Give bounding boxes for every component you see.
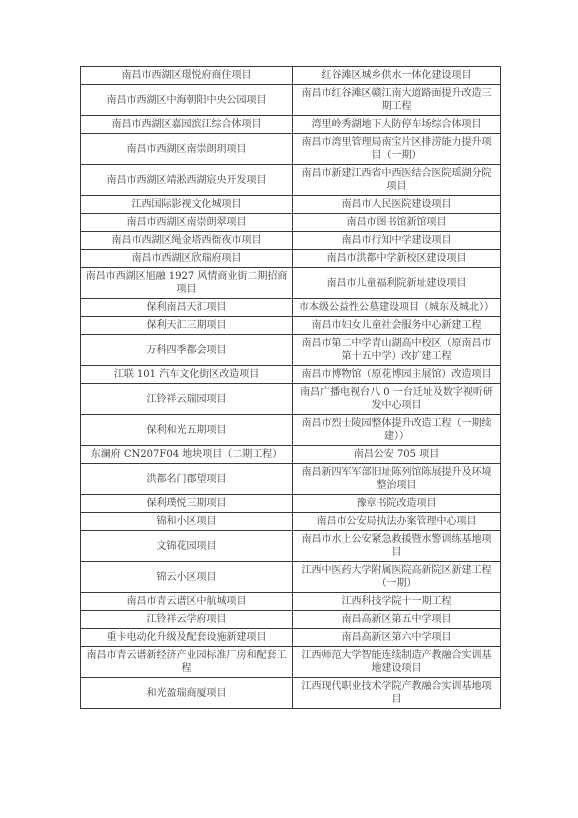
table-row: 南昌市西湖区中海朝阳中央公园项目 南昌市红谷滩区赣江南大道路面提升改造三期工程 <box>81 85 501 116</box>
table-row: 洪都名门郡望项目 南昌新四军军部旧址陈列馆陈展提升及环境整治项目 <box>81 464 501 495</box>
related-project-cell: 南昌高新区第五中学项目 <box>293 611 501 629</box>
related-project-cell: 南昌市行知中学建设项目 <box>293 232 501 250</box>
table-row: 南昌市西湖区南崇朗翠项目 南昌市图书馆新馆项目 <box>81 214 501 232</box>
table-row: 南昌市西湖区南崇朗玥项目 南昌市湾里管理局南宝片区排涝能力提升项目（一期） <box>81 134 501 165</box>
table-row: 南昌市西湖区嘉园滨江综合体项目 湾里岭秀湖地下人防停车场综合体项目 <box>81 116 501 134</box>
table-row: 南昌市青云谱区中航城项目 江西科技学院十一期工程 <box>81 593 501 611</box>
table-row: 南昌市西湖区欣瑞府项目 南昌市洪都中学新校区建设项目 <box>81 250 501 268</box>
related-project-cell: 江西中医药大学附属医院高新院区新建工程（一期） <box>293 562 501 593</box>
related-project-cell: 南昌高新区第六中学项目 <box>293 629 501 647</box>
table-row: 重卡电动化升级及配套设施新建项目 南昌高新区第六中学项目 <box>81 629 501 647</box>
table-row: 南昌市青云谱新经济产业园标准厂房和配套工程 江西师范大学智能连续制造产教融合实训… <box>81 647 501 678</box>
table-row: 锦云小区项目 江西中医药大学附属医院高新院区新建工程（一期） <box>81 562 501 593</box>
project-name-cell: 南昌市西湖区嘉园滨江综合体项目 <box>81 116 293 134</box>
related-project-cell: 南昌公安 705 项目 <box>293 446 501 464</box>
related-project-cell: 江西师范大学智能连续制造产教融合实训基地建设项目 <box>293 647 501 678</box>
project-name-cell: 保利天汇三期项目 <box>81 317 293 335</box>
related-project-cell: 南昌市公安局执法办案管理中心项目 <box>293 513 501 531</box>
related-project-cell: 南昌市儿童福利院新址建设项目 <box>293 268 501 299</box>
project-name-cell: 南昌市西湖区旭融 1927 风情商业街二期招商项目 <box>81 268 293 299</box>
related-project-cell: 南昌市湾里管理局南宝片区排涝能力提升项目（一期） <box>293 134 501 165</box>
table-row: 和光盈瑞商厦项目 江西现代职业技术学院产教融合实训基地项目 <box>81 678 501 709</box>
related-project-cell: 南昌市人民医院建设项目 <box>293 196 501 214</box>
table-row: 南昌市西湖区靖淞西湖宸央开发项目 南昌市新建江西省中西医结合医院瑶湖分院项目 <box>81 165 501 196</box>
document-page: 南昌市西湖区璟悦府商住项目 红谷滩区城乡供水一体化建设项目 南昌市西湖区中海朝阳… <box>0 0 578 818</box>
project-name-cell: 南昌市青云谱新经济产业园标准厂房和配套工程 <box>81 647 293 678</box>
related-project-cell: 南昌广播电视台八 0 一台迁址及数字视听研发中心项目 <box>293 384 501 415</box>
related-project-cell: 江西科技学院十一期工程 <box>293 593 501 611</box>
project-name-cell: 重卡电动化升级及配套设施新建项目 <box>81 629 293 647</box>
related-project-cell: 湾里岭秀湖地下人防停车场综合体项目 <box>293 116 501 134</box>
table-row: 南昌市西湖区璟悦府商住项目 红谷滩区城乡供水一体化建设项目 <box>81 67 501 85</box>
project-name-cell: 南昌市西湖区南崇朗翠项目 <box>81 214 293 232</box>
table-row: 东澜府 CN207F04 地块项目（二期工程） 南昌公安 705 项目 <box>81 446 501 464</box>
table-row: 江西国际影视文化城项目 南昌市人民医院建设项目 <box>81 196 501 214</box>
table-row: 锦和小区项目 南昌市公安局执法办案管理中心项目 <box>81 513 501 531</box>
related-project-cell: 南昌市洪都中学新校区建设项目 <box>293 250 501 268</box>
project-name-cell: 保利璞悦三期项目 <box>81 495 293 513</box>
project-name-cell: 江西国际影视文化城项目 <box>81 196 293 214</box>
project-name-cell: 保利南昌天汇项目 <box>81 299 293 317</box>
table-body: 南昌市西湖区璟悦府商住项目 红谷滩区城乡供水一体化建设项目 南昌市西湖区中海朝阳… <box>81 67 501 709</box>
related-project-cell: 红谷滩区城乡供水一体化建设项目 <box>293 67 501 85</box>
related-project-cell: 南昌市妇女儿童社会服务中心新建工程 <box>293 317 501 335</box>
project-name-cell: 南昌市西湖区南崇朗玥项目 <box>81 134 293 165</box>
related-project-cell: 南昌市图书馆新馆项目 <box>293 214 501 232</box>
table-row: 南昌市西湖区旭融 1927 风情商业街二期招商项目 南昌市儿童福利院新址建设项目 <box>81 268 501 299</box>
table-row: 江联 101 汽车文化街区改造项目 南昌市博物馆（原花博园主展馆）改造项目 <box>81 366 501 384</box>
project-name-cell: 文锦花园项目 <box>81 531 293 562</box>
table-row: 江铃祥云学府项目 南昌高新区第五中学项目 <box>81 611 501 629</box>
related-project-cell: 南昌市博物馆（原花博园主展馆）改造项目 <box>293 366 501 384</box>
related-project-cell: 南昌市新建江西省中西医结合医院瑶湖分院项目 <box>293 165 501 196</box>
project-name-cell: 保利和光五期项目 <box>81 415 293 446</box>
project-table: 南昌市西湖区璟悦府商住项目 红谷滩区城乡供水一体化建设项目 南昌市西湖区中海朝阳… <box>80 66 501 709</box>
related-project-cell: 南昌新四军军部旧址陈列馆陈展提升及环境整治项目 <box>293 464 501 495</box>
project-name-cell: 东澜府 CN207F04 地块项目（二期工程） <box>81 446 293 464</box>
table-row: 保利和光五期项目 南昌市烈士陵园整体提升改造工程（一期续建）） <box>81 415 501 446</box>
table-row: 江铃祥云瑞园项目 南昌广播电视台八 0 一台迁址及数字视听研发中心项目 <box>81 384 501 415</box>
project-name-cell: 南昌市西湖区靖淞西湖宸央开发项目 <box>81 165 293 196</box>
project-name-cell: 江铃祥云瑞园项目 <box>81 384 293 415</box>
project-name-cell: 江联 101 汽车文化街区改造项目 <box>81 366 293 384</box>
project-name-cell: 和光盈瑞商厦项目 <box>81 678 293 709</box>
table-row: 文锦花园项目 南昌市水上公安紧急救援暨水警训练基地项目 <box>81 531 501 562</box>
project-name-cell: 锦云小区项目 <box>81 562 293 593</box>
table-row: 保利璞悦三期项目 豫章书院改造项目 <box>81 495 501 513</box>
project-name-cell: 万科四季都会项目 <box>81 335 293 366</box>
table-row: 南昌市西湖区绳金塔西衙夜市项目 南昌市行知中学建设项目 <box>81 232 501 250</box>
project-name-cell: 江铃祥云学府项目 <box>81 611 293 629</box>
related-project-cell: 市本级公益性公墓建设项目（城东及城北）） <box>293 299 501 317</box>
related-project-cell: 南昌市红谷滩区赣江南大道路面提升改造三期工程 <box>293 85 501 116</box>
table-row: 保利天汇三期项目 南昌市妇女儿童社会服务中心新建工程 <box>81 317 501 335</box>
related-project-cell: 南昌市烈士陵园整体提升改造工程（一期续建）） <box>293 415 501 446</box>
project-name-cell: 南昌市西湖区绳金塔西衙夜市项目 <box>81 232 293 250</box>
related-project-cell: 南昌市第二中学青山湖高中校区（原南昌市第十五中学）改扩建工程 <box>293 335 501 366</box>
table-row: 保利南昌天汇项目 市本级公益性公墓建设项目（城东及城北）） <box>81 299 501 317</box>
project-name-cell: 洪都名门郡望项目 <box>81 464 293 495</box>
related-project-cell: 南昌市水上公安紧急救援暨水警训练基地项目 <box>293 531 501 562</box>
project-name-cell: 南昌市青云谱区中航城项目 <box>81 593 293 611</box>
project-name-cell: 南昌市西湖区欣瑞府项目 <box>81 250 293 268</box>
project-name-cell: 南昌市西湖区中海朝阳中央公园项目 <box>81 85 293 116</box>
project-name-cell: 锦和小区项目 <box>81 513 293 531</box>
table-row: 万科四季都会项目 南昌市第二中学青山湖高中校区（原南昌市第十五中学）改扩建工程 <box>81 335 501 366</box>
related-project-cell: 江西现代职业技术学院产教融合实训基地项目 <box>293 678 501 709</box>
related-project-cell: 豫章书院改造项目 <box>293 495 501 513</box>
project-name-cell: 南昌市西湖区璟悦府商住项目 <box>81 67 293 85</box>
